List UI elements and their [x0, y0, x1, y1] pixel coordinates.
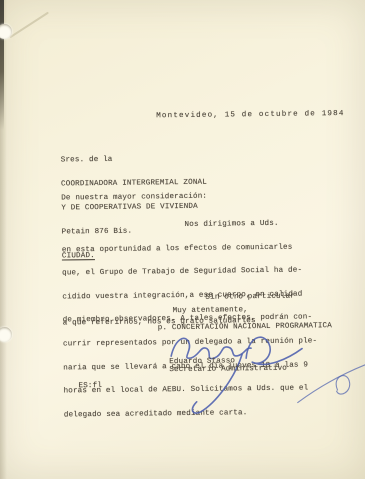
body-line: Sin otro particular — [62, 292, 314, 303]
typist-initials: ES:fl — [78, 382, 102, 390]
body-line: en esta oportunidad a los efectos de com… — [62, 244, 314, 255]
signer-title: Secretario Administrativo — [169, 365, 287, 374]
scanned-letter-page: Montevideo, 15 de octubre de 1984 Sres. … — [0, 0, 365, 479]
date-line: Montevideo, 15 de octubre de 1984 — [156, 110, 344, 120]
closing-valediction: Muy atentamente, — [173, 306, 248, 315]
recipient-line: Sres. de la — [61, 155, 207, 165]
letter-content: Montevideo, 15 de octubre de 1984 Sres. … — [0, 0, 365, 479]
recipient-line: COORDINADORA INTERGREMIAL ZONAL — [61, 179, 207, 189]
scan-edge-artifact — [0, 0, 4, 130]
body-line: Nos dirigimos a Uds. — [62, 220, 314, 231]
